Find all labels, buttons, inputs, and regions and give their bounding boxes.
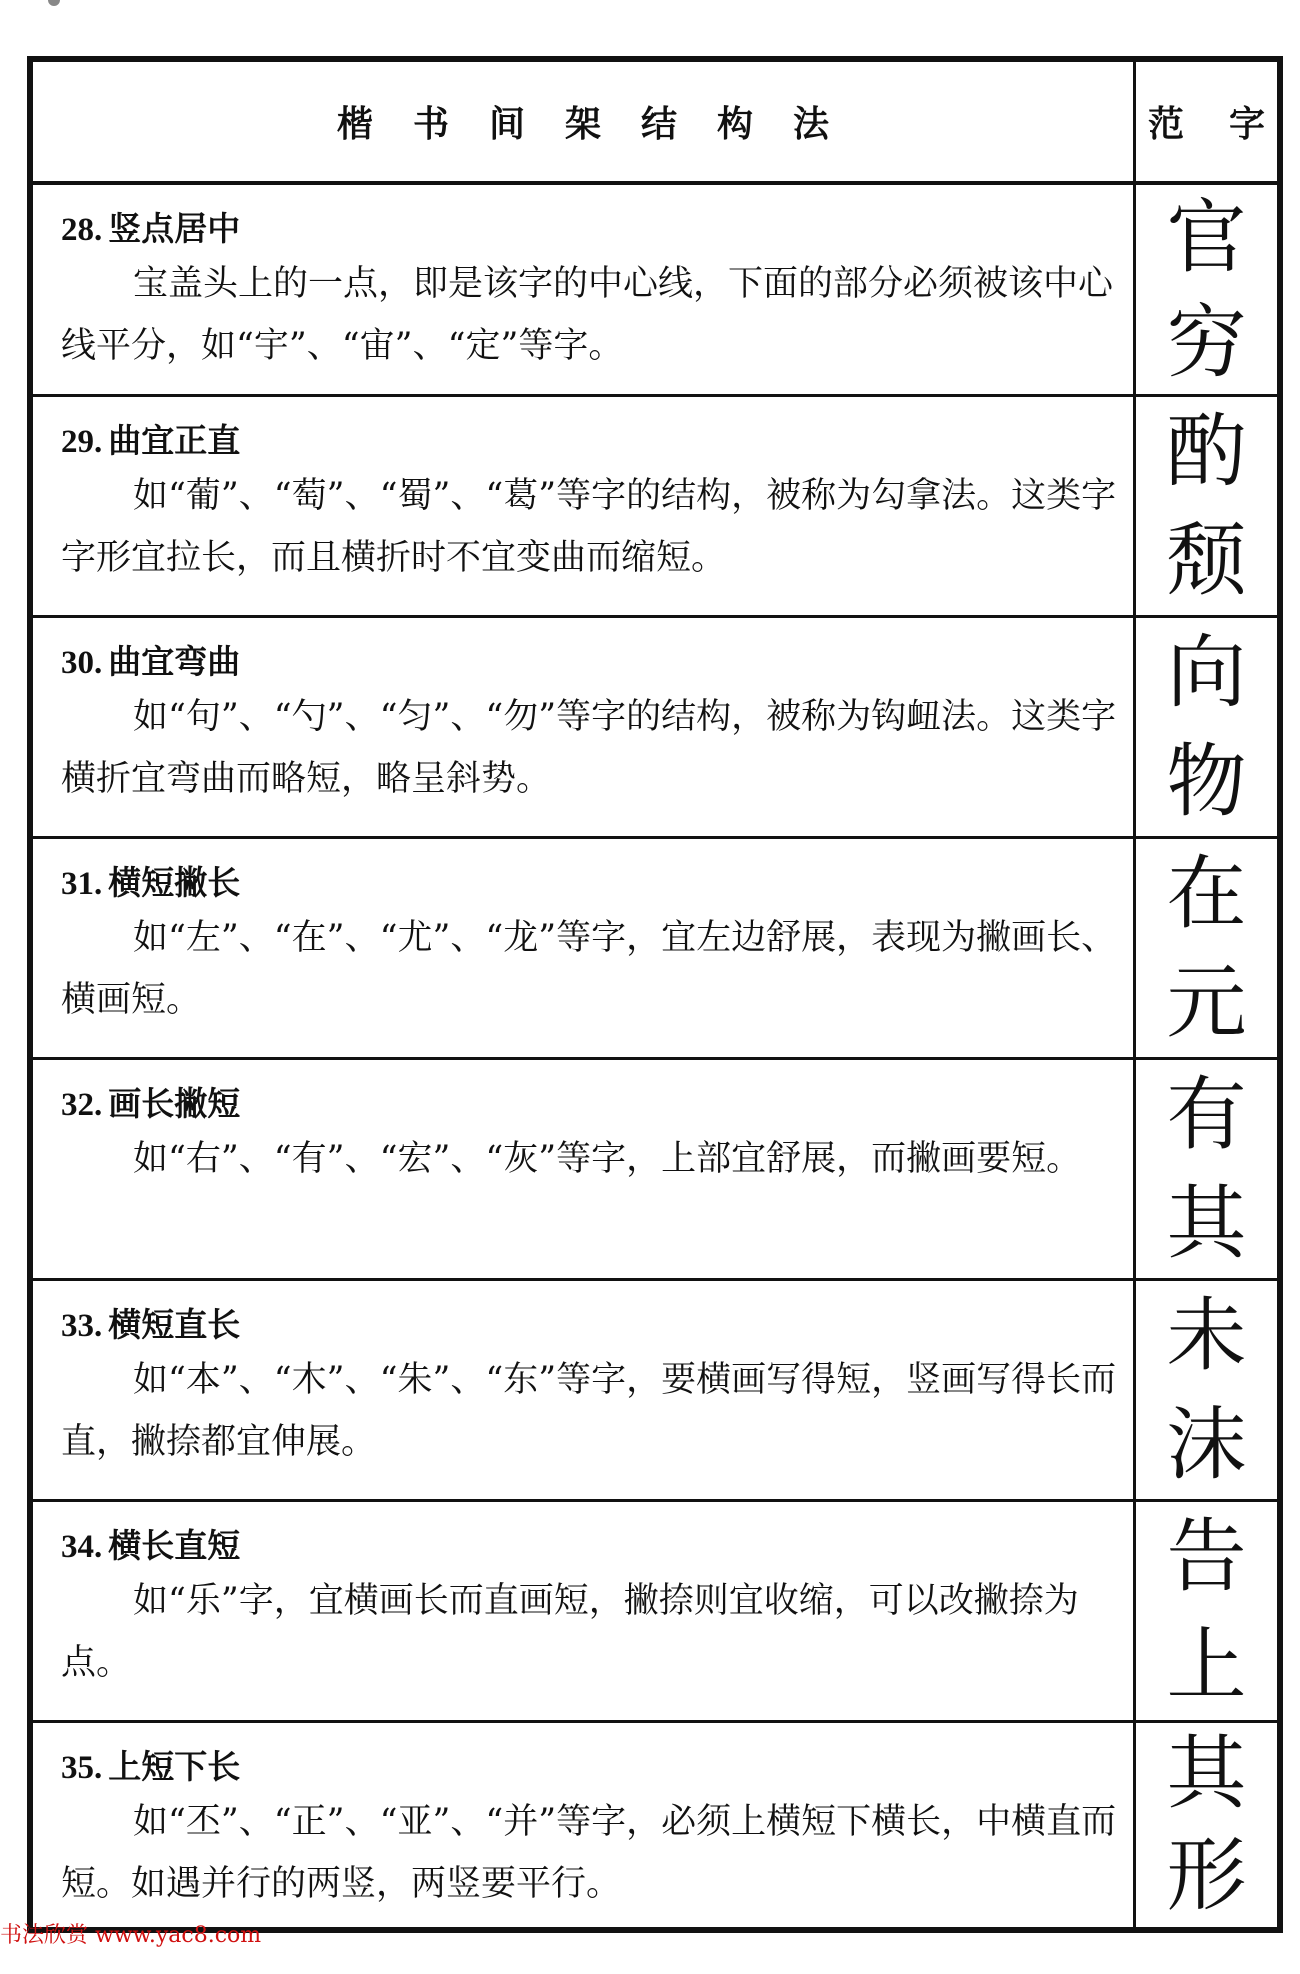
rule-heading: 31.横短撇长 (61, 857, 240, 904)
sample-char: 元 (1167, 963, 1247, 1043)
sample-chars-33: 未 沫 (1136, 1281, 1277, 1499)
calligraphy-structure-table: 楷书间架结构法 范 字 28.竖点居中 宝盖头上的一点，即是该字的中心线，下面的… (27, 56, 1283, 1933)
rule-row-29: 29.曲宜正直 如“葡”、“萄”、“蜀”、“葛”等字的结构，被称为勾拿法。这类字… (33, 397, 1133, 615)
sample-char: 颓 (1167, 521, 1247, 601)
rule-heading: 30.曲宜弯曲 (61, 636, 240, 683)
sample-char: 形 (1167, 1836, 1247, 1916)
rule-name: 横长直短 (108, 1527, 240, 1564)
sample-char: 酌 (1167, 412, 1247, 492)
rule-row-30: 30.曲宜弯曲 如“句”、“勺”、“匀”、“勿”等字的结构，被称为钩衄法。这类字… (33, 618, 1133, 836)
sample-chars-30: 向 物 (1136, 618, 1277, 836)
sample-char: 在 (1167, 854, 1247, 934)
sample-char: 有 (1167, 1075, 1247, 1155)
sample-chars-28: 官 穷 (1136, 185, 1277, 395)
sample-char: 告 (1167, 1517, 1247, 1597)
rule-description: 如“丕”、“正”、“亚”、“并”等字，必须上横短下横长，中横直而短。如遇并行的两… (61, 1791, 1121, 1915)
rule-row-33: 33.横短直长 如“本”、“木”、“朱”、“东”等字，要横画写得短，竖画写得长而… (33, 1281, 1133, 1499)
sample-chars-32: 有 其 (1136, 1060, 1277, 1278)
sample-char: 其 (1167, 1184, 1247, 1264)
sample-char: 物 (1167, 742, 1247, 822)
rule-number: 30. (61, 645, 102, 681)
sample-title-char-1: 范 (1148, 96, 1184, 147)
rule-heading: 32.画长撇短 (61, 1078, 240, 1125)
rule-heading: 34.横长直短 (61, 1520, 240, 1567)
sample-char: 向 (1167, 633, 1247, 713)
rule-description: 如“本”、“木”、“朱”、“东”等字，要横画写得短，竖画写得长而直，撇捺都宜伸展… (61, 1349, 1121, 1473)
sample-char: 上 (1167, 1626, 1247, 1706)
rule-name: 画长撇短 (108, 1085, 240, 1122)
table-title: 楷书间架结构法 (33, 62, 1133, 181)
sample-char: 沫 (1167, 1405, 1247, 1485)
rule-name: 横短直长 (108, 1306, 240, 1343)
rule-description: 如“右”、“有”、“宏”、“灰”等字，上部宜舒展，而撇画要短。 (61, 1128, 1121, 1190)
sample-char: 未 (1167, 1296, 1247, 1376)
rule-heading: 29.曲宜正直 (61, 415, 240, 462)
rule-description: 宝盖头上的一点，即是该字的中心线，下面的部分必须被该中心线平分，如“宇”、“宙”… (61, 253, 1121, 377)
rule-name: 曲宜正直 (108, 422, 240, 459)
rule-number: 34. (61, 1529, 102, 1565)
rule-row-35: 35.上短下长 如“丕”、“正”、“亚”、“并”等字，必须上横短下横长，中横直而… (33, 1723, 1133, 1927)
rule-row-32: 32.画长撇短 如“右”、“有”、“宏”、“灰”等字，上部宜舒展，而撇画要短。 (33, 1060, 1133, 1278)
rule-heading: 28.竖点居中 (61, 203, 240, 250)
rule-number: 33. (61, 1308, 102, 1344)
rule-number: 28. (61, 212, 102, 248)
sample-chars-34: 告 上 (1136, 1502, 1277, 1720)
rule-row-34: 34.横长直短 如“乐”字，宜横画长而直画短，撇捺则宜收缩，可以改撇捺为点。 (33, 1502, 1133, 1720)
rule-name: 上短下长 (108, 1748, 240, 1785)
rule-number: 31. (61, 866, 102, 902)
rule-number: 29. (61, 424, 102, 460)
sample-column-title: 范 字 (1136, 62, 1277, 181)
rule-number: 35. (61, 1750, 102, 1786)
rule-description: 如“葡”、“萄”、“蜀”、“葛”等字的结构，被称为勾拿法。这类字字形宜拉长，而且… (61, 465, 1121, 589)
rule-heading: 33.横短直长 (61, 1299, 240, 1346)
watermark: 书法欣赏 www.yac8.com (0, 1918, 261, 1949)
sample-title-char-2: 字 (1229, 96, 1265, 147)
rule-row-28: 28.竖点居中 宝盖头上的一点，即是该字的中心线，下面的部分必须被该中心线平分，… (33, 185, 1133, 395)
sample-char: 官 (1167, 198, 1247, 278)
scan-speck (48, 0, 60, 6)
rule-name: 竖点居中 (108, 210, 240, 247)
rule-description: 如“句”、“勺”、“匀”、“勿”等字的结构，被称为钩衄法。这类字横折宜弯曲而略短… (61, 686, 1121, 810)
rule-name: 横短撇长 (108, 864, 240, 901)
sample-chars-29: 酌 颓 (1136, 397, 1277, 615)
rule-description: 如“左”、“在”、“尤”、“龙”等字，宜左边舒展，表现为撇画长、横画短。 (61, 907, 1121, 1031)
rule-description: 如“乐”字，宜横画长而直画短，撇捺则宜收缩，可以改撇捺为点。 (61, 1570, 1121, 1694)
sample-chars-31: 在 元 (1136, 839, 1277, 1057)
sample-char: 其 (1167, 1734, 1247, 1814)
sample-char: 穷 (1167, 303, 1247, 383)
rule-name: 曲宜弯曲 (108, 643, 240, 680)
table-header: 楷书间架结构法 范 字 (33, 62, 1277, 185)
rule-heading: 35.上短下长 (61, 1741, 240, 1788)
rule-row-31: 31.横短撇长 如“左”、“在”、“尤”、“龙”等字，宜左边舒展，表现为撇画长、… (33, 839, 1133, 1057)
rule-number: 32. (61, 1087, 102, 1123)
sample-chars-35: 其 形 (1136, 1723, 1277, 1927)
